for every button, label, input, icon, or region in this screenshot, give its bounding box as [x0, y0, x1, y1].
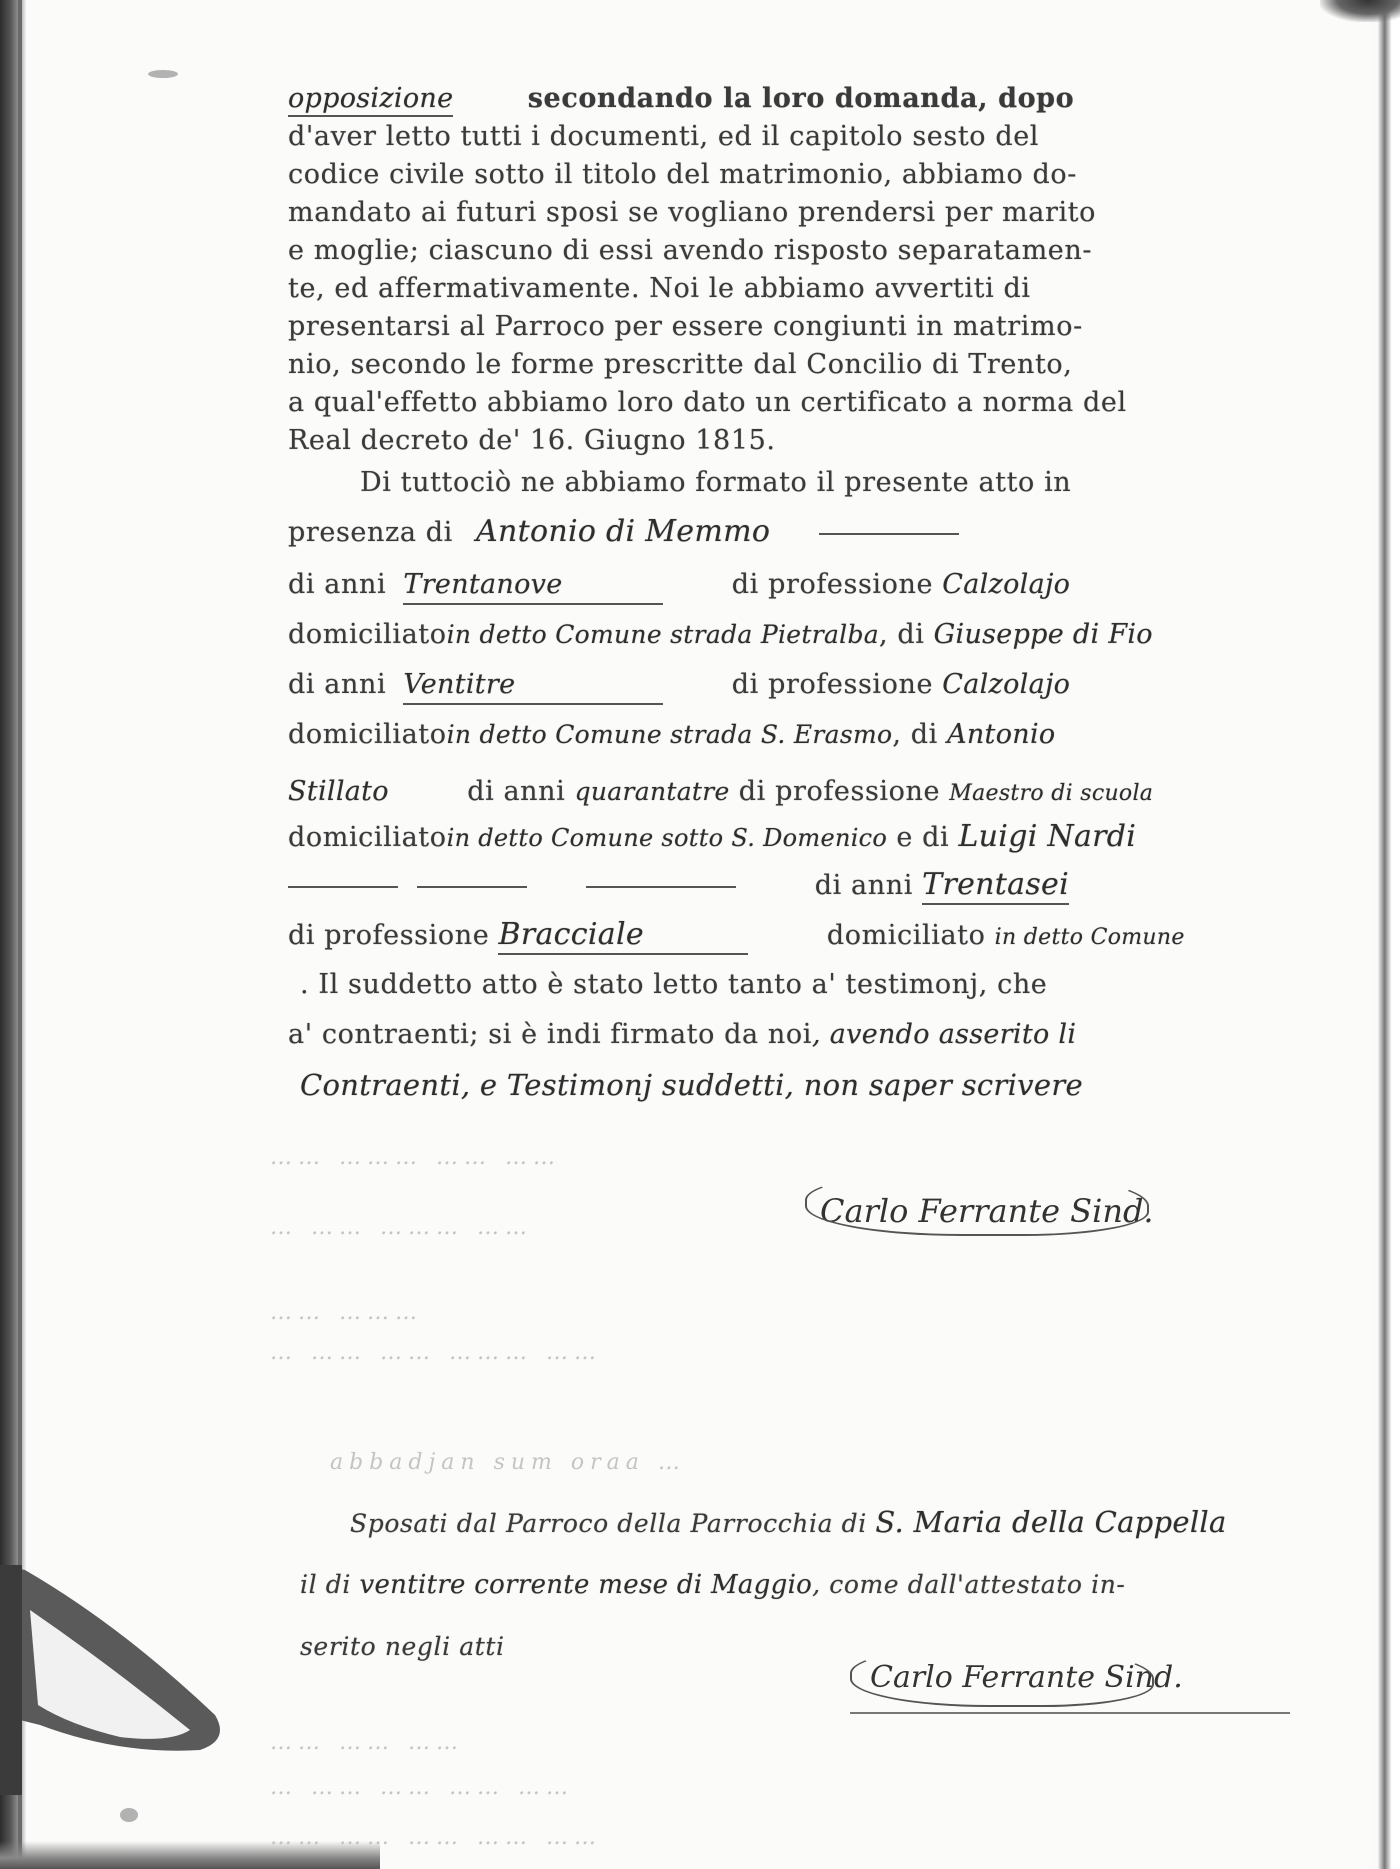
fill-rule [819, 533, 959, 535]
printed-text: e moglie; ciascuno di essi avendo rispos… [288, 235, 1092, 266]
printed-text: Real decreto de' 16. Giugno 1815. [288, 425, 776, 456]
age-label: di anni [288, 669, 386, 700]
printed-text: , di [892, 719, 937, 750]
body-line-5: e moglie; ciascuno di essi avendo rispos… [288, 234, 1148, 268]
printed-text: codice civile sotto il titolo del matrim… [288, 159, 1077, 190]
printed-text: Sposati dal Parroco della Parrocchia di [350, 1509, 867, 1538]
printed-text: presentarsi al Parroco per essere congiu… [288, 311, 1083, 342]
domicile-label: domiciliato [288, 822, 447, 853]
printed-text: , come dall'attestato in- [812, 1570, 1125, 1599]
body-line-1: opposizione secondando la loro domanda, … [288, 82, 1148, 116]
closing-line-3: Contraenti, e Testimonj suddetti, non sa… [300, 1068, 1160, 1104]
body-line-7: presentarsi al Parroco per essere congiu… [288, 310, 1148, 344]
witness1-domicile: in detto Comune strada Pietralba [447, 620, 879, 649]
body-line-2: d'aver letto tutti i documenti, ed il ca… [288, 120, 1148, 154]
printed-text: , di [879, 619, 924, 650]
bleed-through-text: … …… …… ……… …… [270, 1340, 1170, 1365]
printed-text: . Il suddetto atto è stato letto tanto a… [300, 969, 1047, 1000]
witness4-profession-line: di professione Bracciale domiciliato in … [288, 918, 1148, 955]
date-handwritten: ventitre corrente mese di Maggio [359, 1570, 812, 1600]
printed-text: secondando la loro domanda, dopo [528, 83, 1075, 114]
right-page-edge [1372, 0, 1400, 1869]
handwritten-text: Contraenti, e Testimonj suddetti, non sa… [300, 1068, 1083, 1102]
annotation-line-1: Sposati dal Parroco della Parrocchia di … [350, 1505, 1210, 1541]
bleed-through-text: …… ……… …… …… [270, 1145, 1170, 1170]
domicile-label: domiciliato [288, 619, 447, 650]
witness4-domicile: in detto Comune [995, 925, 1185, 950]
witness-intro-line: Di tuttociò ne abbiamo formato il presen… [360, 466, 1220, 500]
handwritten-opposizione: opposizione [288, 83, 453, 117]
witness2-age-line: di anni Ventitre di professione Calzolaj… [288, 668, 1148, 705]
body-line-3: codice civile sotto il titolo del matrim… [288, 158, 1148, 192]
domicile-label: domiciliato [288, 719, 447, 750]
parish-name-handwritten: S. Maria della Cappella [875, 1505, 1226, 1539]
witness3-name-part1: Antonio [947, 719, 1055, 750]
ink-spot [120, 1808, 138, 1822]
document-page: opposizione secondando la loro domanda, … [0, 0, 1400, 1869]
witness1-age-line: di anni Trentanove di professione Calzol… [288, 568, 1148, 605]
witness3-profession: Maestro di scuola [949, 781, 1153, 806]
body-line-9: a qual'effetto abbiamo loro dato un cert… [288, 386, 1148, 420]
presence-label: presenza di [288, 517, 453, 548]
age-label: di anni [815, 870, 913, 901]
closing-line-2: a' contraenti; si è indi firmato da noi,… [288, 1018, 1148, 1052]
witness2-name: Giuseppe di Fio [934, 619, 1153, 650]
signature-flourish [805, 1170, 1149, 1236]
fill-rule [288, 886, 398, 888]
printed-text: nio, secondo le forme prescritte dal Con… [288, 349, 1072, 380]
bleed-through-text: abbadjan sum oraa … [330, 1450, 1230, 1475]
printed-text: serito negli atti [300, 1632, 505, 1661]
profession-label: di professione [288, 920, 489, 951]
annotation-line-2: il di ventitre corrente mese di Maggio, … [300, 1568, 1160, 1602]
bleed-through-text: …… …… …… …… …… [270, 1825, 1170, 1850]
body-line-6: te, ed affermativamente. Noi le abbiamo … [288, 272, 1148, 306]
age-label: di anni [288, 569, 386, 600]
printed-text: il di [300, 1570, 351, 1599]
witness1-line: presenza di Antonio di Memmo [288, 515, 1148, 550]
body-line-4: mandato ai futuri sposi se vogliano pren… [288, 196, 1148, 230]
witness4-age-line: di anni Trentasei [288, 868, 1148, 903]
witness3-name-part2: Stillato [288, 775, 458, 809]
folded-corner-tab [0, 1565, 235, 1795]
witness4-name: Luigi Nardi [958, 819, 1136, 854]
bleed-through-text: … …… …… …… …… [270, 1775, 1170, 1800]
ink-smudge [148, 70, 178, 78]
profession-label: di professione [739, 776, 940, 807]
witness4-profession: Bracciale [498, 918, 748, 955]
profession-label: di professione [732, 569, 933, 600]
witness2-age: Ventitre [403, 668, 663, 705]
witness1-profession: Calzolajo [942, 569, 1070, 600]
printed-text: Di tuttociò ne abbiamo formato il presen… [360, 467, 1071, 498]
top-right-smudge [1320, 0, 1400, 22]
fill-rule [586, 886, 736, 888]
printed-text: a' contraenti; si è indi firmato da noi [288, 1019, 812, 1050]
witness4-age: Trentasei [922, 867, 1069, 905]
bleed-through-text: …… ……… [270, 1300, 1170, 1325]
domicile-label: domiciliato [827, 920, 986, 951]
body-line-10: Real decreto de' 16. Giugno 1815. [288, 424, 1148, 458]
bleed-through-text: …… …… …… [270, 1730, 1170, 1755]
witness3-domicile-line: domiciliatoin detto Comune sotto S. Dome… [288, 820, 1148, 855]
printed-text: mandato ai futuri sposi se vogliano pren… [288, 197, 1096, 228]
printed-text: e di [896, 822, 949, 853]
witness1-age: Trentanove [403, 568, 663, 605]
signature-underline [850, 1712, 1290, 1714]
profession-label: di professione [732, 669, 933, 700]
witness1-domicile-line: domiciliatoin detto Comune strada Pietra… [288, 618, 1148, 652]
closing-line-1: . Il suddetto atto è stato letto tanto a… [300, 968, 1160, 1002]
body-line-8: nio, secondo le forme prescritte dal Con… [288, 348, 1148, 382]
witness1-name: Antonio di Memmo [476, 514, 770, 549]
age-label: di anni [467, 776, 565, 807]
witness2-domicile-line: domiciliatoin detto Comune strada S. Era… [288, 718, 1148, 752]
witness2-domicile: in detto Comune strada S. Erasmo [447, 720, 893, 749]
witness2-profession: Calzolajo [942, 669, 1070, 700]
witness3-domicile: in detto Comune sotto S. Domenico [447, 824, 888, 852]
witness3-age: quarantatre [575, 777, 730, 806]
printed-text: te, ed affermativamente. Noi le abbiamo … [288, 273, 1031, 304]
printed-text: a qual'effetto abbiamo loro dato un cert… [288, 387, 1127, 418]
handwritten-text: , avendo asserito li [812, 1019, 1076, 1050]
witness3-age-line: Stillato di anni quarantatre di professi… [288, 775, 1148, 811]
printed-text: d'aver letto tutti i documenti, ed il ca… [288, 121, 1039, 152]
fill-rule [417, 886, 527, 888]
